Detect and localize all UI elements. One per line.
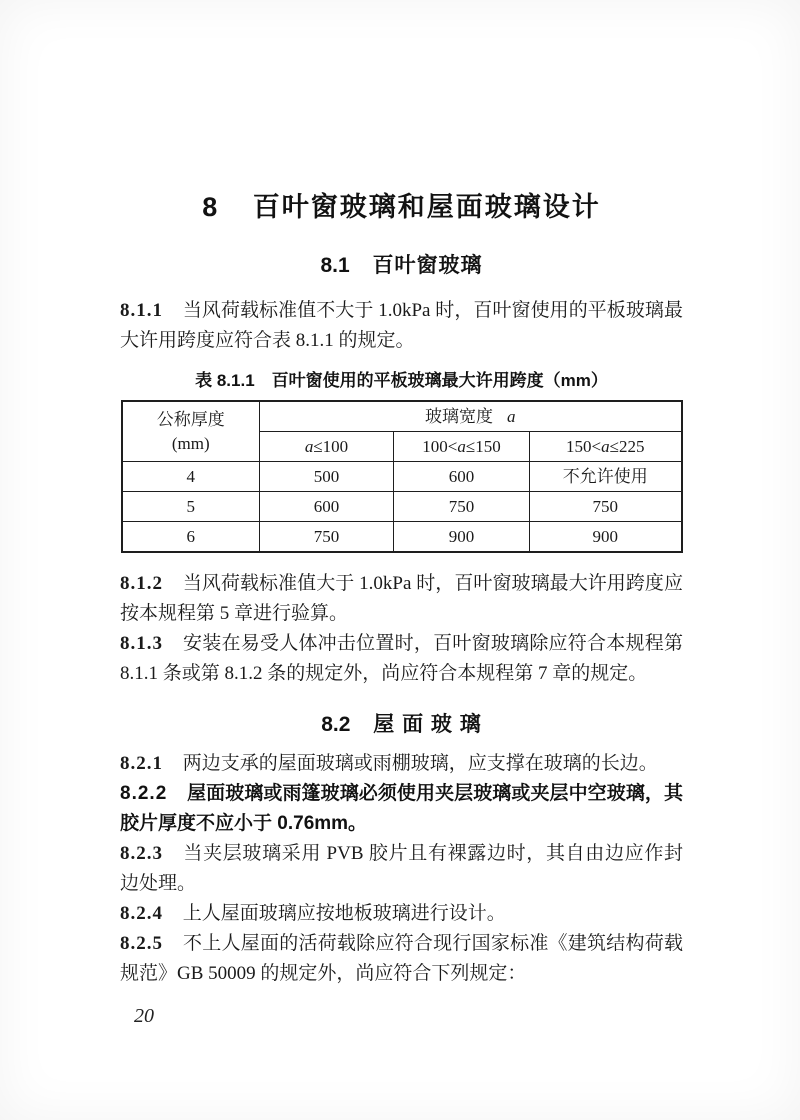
table-caption-text: 百叶窗使用的平板玻璃最大许用跨度 [272, 371, 544, 390]
clause-text: 屋面玻璃或雨篷玻璃必须使用夹层玻璃或夹层中空玻璃，其胶片厚度不应小于 0.76m… [120, 783, 683, 834]
clause-number: 8.1.2 [120, 573, 163, 594]
cell-span: 600 [260, 492, 394, 522]
cell-thickness: 4 [122, 462, 260, 492]
clause-8-1-3: 8.1.3 安装在易受人体冲击位置时，百叶窗玻璃除应符合本规程第 8.1.1 条… [120, 629, 683, 689]
clause-8-2-1: 8.2.1 两边支承的屋面玻璃或雨棚玻璃，应支撑在玻璃的长边。 [120, 749, 683, 779]
clause-8-2-3: 8.2.3 当夹层玻璃采用 PVB 胶片且有裸露边时，其自由边应作封边处理。 [120, 839, 683, 899]
clause-text: 当夹层玻璃采用 PVB 胶片且有裸露边时，其自由边应作封边处理。 [120, 843, 683, 894]
page-number: 20 [134, 1003, 683, 1029]
clause-number: 8.2.1 [120, 753, 163, 774]
clause-number: 8.2.4 [120, 903, 163, 924]
clause-8-2-5: 8.2.5 不上人屋面的活荷载除应符合现行国家标准《建筑结构荷载规范》GB 50… [120, 929, 683, 989]
cell-span: 900 [394, 522, 530, 553]
clause-number: 8.2.5 [120, 933, 163, 954]
col-header-2: 100<a≤150 [394, 432, 530, 462]
clause-8-2-4: 8.2.4 上人屋面玻璃应按地板玻璃进行设计。 [120, 899, 683, 929]
section-title-text: 百叶窗玻璃 [373, 254, 483, 277]
corner-header-cell: 公称厚度 (mm) [122, 401, 260, 462]
section-number: 8.1 [320, 254, 349, 277]
cell-span: 600 [394, 462, 530, 492]
cell-span: 750 [530, 492, 682, 522]
chapter-title-text: 百叶窗玻璃和屋面玻璃设计 [253, 192, 601, 222]
chapter-number: 8 [202, 192, 217, 222]
table-caption: 表 8.1.1 百叶窗使用的平板玻璃最大许用跨度（mm） [120, 369, 683, 393]
clause-8-2-2: 8.2.2 屋面玻璃或雨篷玻璃必须使用夹层玻璃或夹层中空玻璃，其胶片厚度不应小于… [120, 779, 683, 839]
clause-number: 8.2.2 [120, 783, 167, 804]
group-header-label: 玻璃宽度 [425, 407, 493, 426]
clause-text: 两边支承的屋面玻璃或雨棚玻璃，应支撑在玻璃的长边。 [183, 753, 658, 774]
chapter-title: 8 百叶窗玻璃和屋面玻璃设计 [120, 0, 683, 224]
clause-text: 不上人屋面的活荷载除应符合现行国家标准《建筑结构荷载规范》GB 50009 的规… [120, 933, 683, 984]
clause-8-1-1: 8.1.1 当风荷载标准值不大于 1.0kPa 时，百叶窗使用的平板玻璃最大许用… [120, 296, 683, 356]
table-row: 6 750 900 900 [122, 522, 682, 553]
table-row: 5 600 750 750 [122, 492, 682, 522]
table-header-row-1: 公称厚度 (mm) 玻璃宽度a [122, 401, 682, 432]
section-title-text: 屋 面 玻 璃 [373, 713, 482, 736]
group-header-variable: a [507, 407, 516, 426]
clause-text: 当风荷载标准值大于 1.0kPa 时，百叶窗玻璃最大许用跨度应按本规程第 5 章… [120, 573, 683, 624]
page-content: 8 百叶窗玻璃和屋面玻璃设计 8.1 百叶窗玻璃 8.1.1 当风荷载标准值不大… [0, 0, 800, 1029]
col-header-1: a≤100 [260, 432, 394, 462]
cell-span: 750 [260, 522, 394, 553]
table-row: 4 500 600 不允许使用 [122, 462, 682, 492]
clause-number: 8.1.1 [120, 300, 163, 321]
clause-number: 8.2.3 [120, 843, 163, 864]
cell-span: 不允许使用 [530, 462, 682, 492]
group-header-cell: 玻璃宽度a [260, 401, 682, 432]
section-number: 8.2 [321, 713, 350, 736]
table-caption-unit: （mm） [544, 371, 608, 390]
table-8-1-1: 公称厚度 (mm) 玻璃宽度a a≤100 100<a≤150 150<a≤22… [121, 400, 683, 553]
cell-span: 500 [260, 462, 394, 492]
corner-header-line2: (mm) [172, 434, 210, 453]
col-header-3: 150<a≤225 [530, 432, 682, 462]
corner-header-line1: 公称厚度 [157, 410, 225, 429]
clause-text: 安装在易受人体冲击位置时，百叶窗玻璃除应符合本规程第 8.1.1 条或第 8.1… [120, 633, 683, 684]
cell-span: 750 [394, 492, 530, 522]
cell-thickness: 6 [122, 522, 260, 553]
cell-thickness: 5 [122, 492, 260, 522]
clause-text: 上人屋面玻璃应按地板玻璃进行设计。 [183, 903, 506, 924]
section-heading-8-1: 8.1 百叶窗玻璃 [120, 252, 683, 280]
table-caption-label: 表 8.1.1 [195, 371, 255, 390]
clause-8-1-2: 8.1.2 当风荷载标准值大于 1.0kPa 时，百叶窗玻璃最大许用跨度应按本规… [120, 569, 683, 629]
clause-text: 当风荷载标准值不大于 1.0kPa 时，百叶窗使用的平板玻璃最大许用跨度应符合表… [120, 300, 683, 351]
clause-number: 8.1.3 [120, 633, 163, 654]
scanned-document-page: 8 百叶窗玻璃和屋面玻璃设计 8.1 百叶窗玻璃 8.1.1 当风荷载标准值不大… [0, 0, 800, 1120]
section-heading-8-2: 8.2 屋 面 玻 璃 [120, 711, 683, 739]
cell-span: 900 [530, 522, 682, 553]
